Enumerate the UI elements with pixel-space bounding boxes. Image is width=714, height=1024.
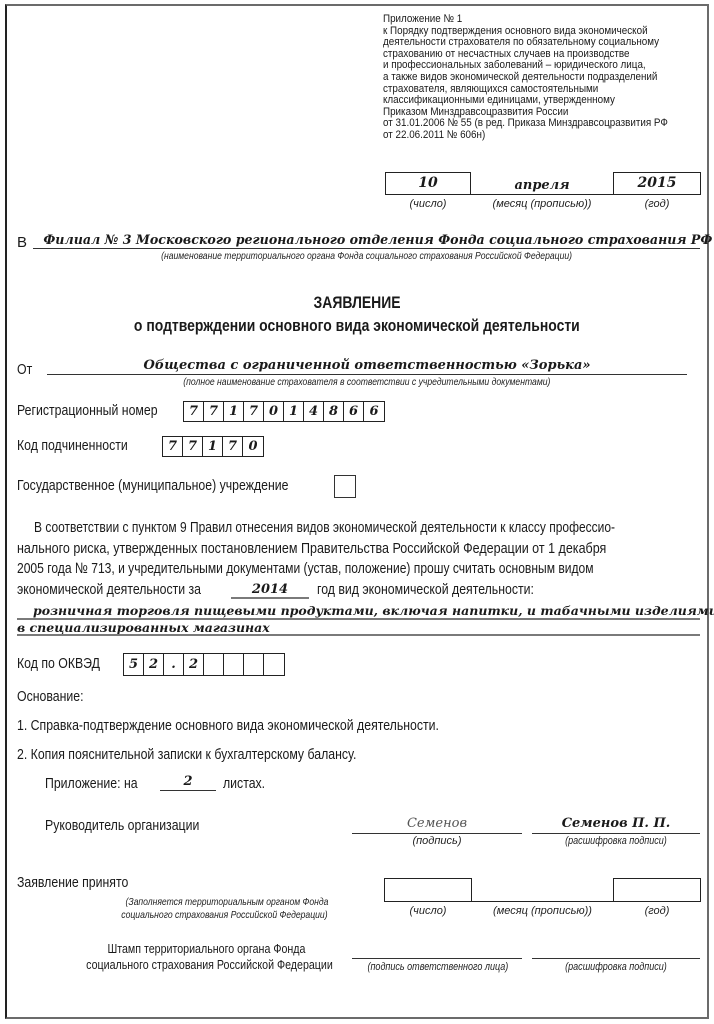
title-main-text: ЗАЯВЛЕНИЕ bbox=[313, 293, 400, 313]
title-sub: о подтверждении основного вида экономиче… bbox=[0, 316, 714, 336]
accepted-note: (Заполняется территориальным органом Фон… bbox=[40, 896, 328, 922]
subordination-digit-cell[interactable]: 7 bbox=[223, 437, 243, 456]
accepted-note-2: социального страхования Российской Федер… bbox=[122, 909, 328, 922]
appendix-line: классификационными единицами, утвержденн… bbox=[383, 95, 668, 107]
appendix-block: Приложение № 1к Порядку подтверждения ос… bbox=[383, 14, 707, 142]
recipient-prefix: В bbox=[17, 234, 27, 251]
body-year-line bbox=[231, 597, 309, 599]
reg-number-digit-cell[interactable]: 7 bbox=[244, 402, 264, 421]
recipient-hint-text: (наименование территориального органа Фо… bbox=[161, 250, 572, 262]
body-line-3: 2005 года № 713, и учредительными докуме… bbox=[17, 559, 594, 580]
body-line-4-before: экономической деятельности за bbox=[17, 580, 201, 601]
okved-label: Код по ОКВЭД bbox=[17, 655, 118, 672]
from-prefix: От bbox=[17, 361, 36, 378]
okved-cell[interactable] bbox=[204, 654, 224, 675]
stamp-line-2: социального страхования Российской Федер… bbox=[86, 957, 333, 973]
reg-number-digit-cell[interactable]: 8 bbox=[324, 402, 344, 421]
attachment-count[interactable]: 2 bbox=[160, 774, 216, 789]
activity-line-2[interactable]: в специализированных магазинах bbox=[17, 620, 270, 635]
subordination-digit-cell[interactable]: 7 bbox=[183, 437, 203, 456]
okved-cell[interactable] bbox=[244, 654, 264, 675]
subordination-digit-cell[interactable]: 7 bbox=[163, 437, 183, 456]
body-line-4-after: год вид экономической деятельности: bbox=[317, 580, 534, 601]
okved-cell[interactable]: 2 bbox=[144, 654, 164, 675]
head-name-line bbox=[532, 833, 700, 834]
stamp-line-1: Штамп территориального органа Фонда bbox=[107, 941, 305, 957]
accepted-day-box[interactable] bbox=[384, 878, 472, 902]
subordination-digit-cell[interactable]: 0 bbox=[243, 437, 263, 456]
head-signature-value[interactable]: Семенов bbox=[352, 816, 522, 831]
head-signature-hint: (подпись) bbox=[352, 835, 522, 847]
activity-underline-2 bbox=[17, 634, 700, 636]
date-month-hint: (месяц (прописью)) bbox=[471, 198, 613, 210]
body-paragraph: В соответствии с пунктом 9 Правил отнесе… bbox=[17, 518, 700, 600]
accepted-day-hint: (число) bbox=[384, 905, 472, 917]
head-name-hint: (расшифровка подписи) bbox=[532, 835, 700, 847]
from-hint: (полное наименование страхователя в соот… bbox=[47, 376, 687, 388]
subordination-cells[interactable]: 77170 bbox=[162, 436, 264, 457]
head-label: Руководитель организации bbox=[45, 817, 233, 834]
subordination-digit-cell[interactable]: 1 bbox=[203, 437, 223, 456]
head-name-hint-text: (расшифровка подписи) bbox=[565, 835, 667, 847]
from-value[interactable]: Общества с ограниченной ответственностью… bbox=[47, 358, 687, 373]
stamp-name-hint: (расшифровка подписи) bbox=[532, 961, 700, 973]
attachment-before-text: Приложение: на bbox=[45, 775, 138, 792]
appendix-line: а также видов экономической деятельности… bbox=[383, 72, 668, 84]
okved-cells[interactable]: 52.2 bbox=[123, 653, 285, 676]
recipient-line bbox=[33, 248, 700, 249]
from-hint-text: (полное наименование страхователя в соот… bbox=[183, 376, 550, 388]
okved-cell[interactable]: 5 bbox=[124, 654, 144, 675]
stamp-name-hint-text: (расшифровка подписи) bbox=[565, 961, 667, 973]
recipient-value-text: Филиал № 3 Московского регионального отд… bbox=[43, 233, 712, 248]
reg-number-digit-cell[interactable]: 7 bbox=[184, 402, 204, 421]
attachment-after-text: листах. bbox=[223, 775, 265, 792]
reg-number-digit-cell[interactable]: 7 bbox=[204, 402, 224, 421]
date-month-value[interactable]: апреля bbox=[471, 178, 613, 193]
title-sub-text: о подтверждении основного вида экономиче… bbox=[134, 316, 580, 336]
title-main: ЗАЯВЛЕНИЕ bbox=[0, 293, 714, 313]
stamp-signature-hint-text: (подпись ответственного лица) bbox=[367, 961, 508, 973]
from-prefix-text: От bbox=[17, 361, 32, 378]
head-label-text: Руководитель организации bbox=[45, 817, 199, 834]
stamp-label: Штамп территориального органа Фонда соци… bbox=[17, 941, 333, 973]
appendix-lines: Приложение № 1к Порядку подтверждения ос… bbox=[383, 14, 668, 142]
appendix-line: от 22.06.2011 № 606н) bbox=[383, 130, 668, 142]
okved-cell[interactable]: . bbox=[164, 654, 184, 675]
basis-item-1-text: 1. Справка-подтверждение основного вида … bbox=[17, 717, 439, 734]
basis-label-text: Основание: bbox=[17, 688, 84, 705]
state-institution-label: Государственное (муниципальное) учрежден… bbox=[17, 477, 348, 494]
reg-number-cells[interactable]: 7717014866 bbox=[183, 401, 385, 422]
okved-cell[interactable] bbox=[264, 654, 284, 675]
accepted-month-hint: (месяц (прописью)) bbox=[472, 905, 613, 917]
stamp-name-line[interactable] bbox=[532, 958, 700, 959]
attachment-count-line bbox=[160, 790, 216, 791]
okved-label-text: Код по ОКВЭД bbox=[17, 655, 100, 672]
reg-number-digit-cell[interactable]: 1 bbox=[224, 402, 244, 421]
basis-item-1: 1. Справка-подтверждение основного вида … bbox=[17, 717, 532, 734]
date-day-value[interactable]: 10 bbox=[385, 175, 471, 191]
accepted-note-1: (Заполняется территориальным органом Фон… bbox=[125, 896, 328, 909]
recipient-value[interactable]: Филиал № 3 Московского регионального отд… bbox=[33, 233, 700, 248]
accepted-month-line[interactable] bbox=[384, 901, 701, 902]
reg-number-digit-cell[interactable]: 0 bbox=[264, 402, 284, 421]
accepted-label-text: Заявление принято bbox=[17, 874, 128, 891]
basis-item-2-text: 2. Копия пояснительной записки к бухгалт… bbox=[17, 746, 356, 763]
reg-number-label-text: Регистрационный номер bbox=[17, 402, 158, 419]
basis-label: Основание: bbox=[17, 688, 98, 705]
head-name-value[interactable]: Семенов П. П. bbox=[532, 816, 700, 831]
accepted-year-box[interactable] bbox=[613, 878, 701, 902]
stamp-signature-hint: (подпись ответственного лица) bbox=[352, 961, 522, 973]
activity-line-1[interactable]: розничная торговля пищевыми продуктами, … bbox=[33, 603, 714, 618]
attachment-after: листах. bbox=[223, 775, 274, 792]
reg-number-digit-cell[interactable]: 1 bbox=[284, 402, 304, 421]
head-signature-line bbox=[352, 833, 522, 834]
reg-number-label: Регистрационный номер bbox=[17, 402, 188, 419]
accepted-label: Заявление принято bbox=[17, 874, 153, 891]
okved-cell[interactable]: 2 bbox=[184, 654, 204, 675]
stamp-signature-line[interactable] bbox=[352, 958, 522, 959]
body-line-2: нального риска, утвержденных постановлен… bbox=[17, 539, 606, 560]
body-line-1: В соответствии с пунктом 9 Правил отнесе… bbox=[34, 518, 615, 539]
date-year-hint: (год) bbox=[613, 198, 701, 210]
reg-number-digit-cell[interactable]: 4 bbox=[304, 402, 324, 421]
appendix-line: Приложение № 1 bbox=[383, 14, 668, 26]
accepted-year-hint: (год) bbox=[613, 905, 701, 917]
reg-number-digit-cell[interactable]: 6 bbox=[344, 402, 364, 421]
subordination-label: Код подчиненности bbox=[17, 437, 152, 454]
okved-cell[interactable] bbox=[224, 654, 244, 675]
date-year-value[interactable]: 2015 bbox=[613, 175, 701, 191]
subordination-label-text: Код подчиненности bbox=[17, 437, 128, 454]
reg-number-digit-cell[interactable]: 6 bbox=[364, 402, 384, 421]
recipient-hint: (наименование территориального органа Фо… bbox=[33, 250, 700, 262]
basis-item-2: 2. Копия пояснительной записки к бухгалт… bbox=[17, 746, 431, 763]
from-line bbox=[47, 374, 687, 375]
date-day-hint: (число) bbox=[385, 198, 471, 210]
state-institution-label-text: Государственное (муниципальное) учрежден… bbox=[17, 477, 288, 494]
date-baseline bbox=[385, 194, 701, 195]
form-page bbox=[5, 4, 709, 1019]
attachment-before: Приложение: на bbox=[45, 775, 158, 792]
state-institution-checkbox[interactable] bbox=[334, 475, 356, 498]
